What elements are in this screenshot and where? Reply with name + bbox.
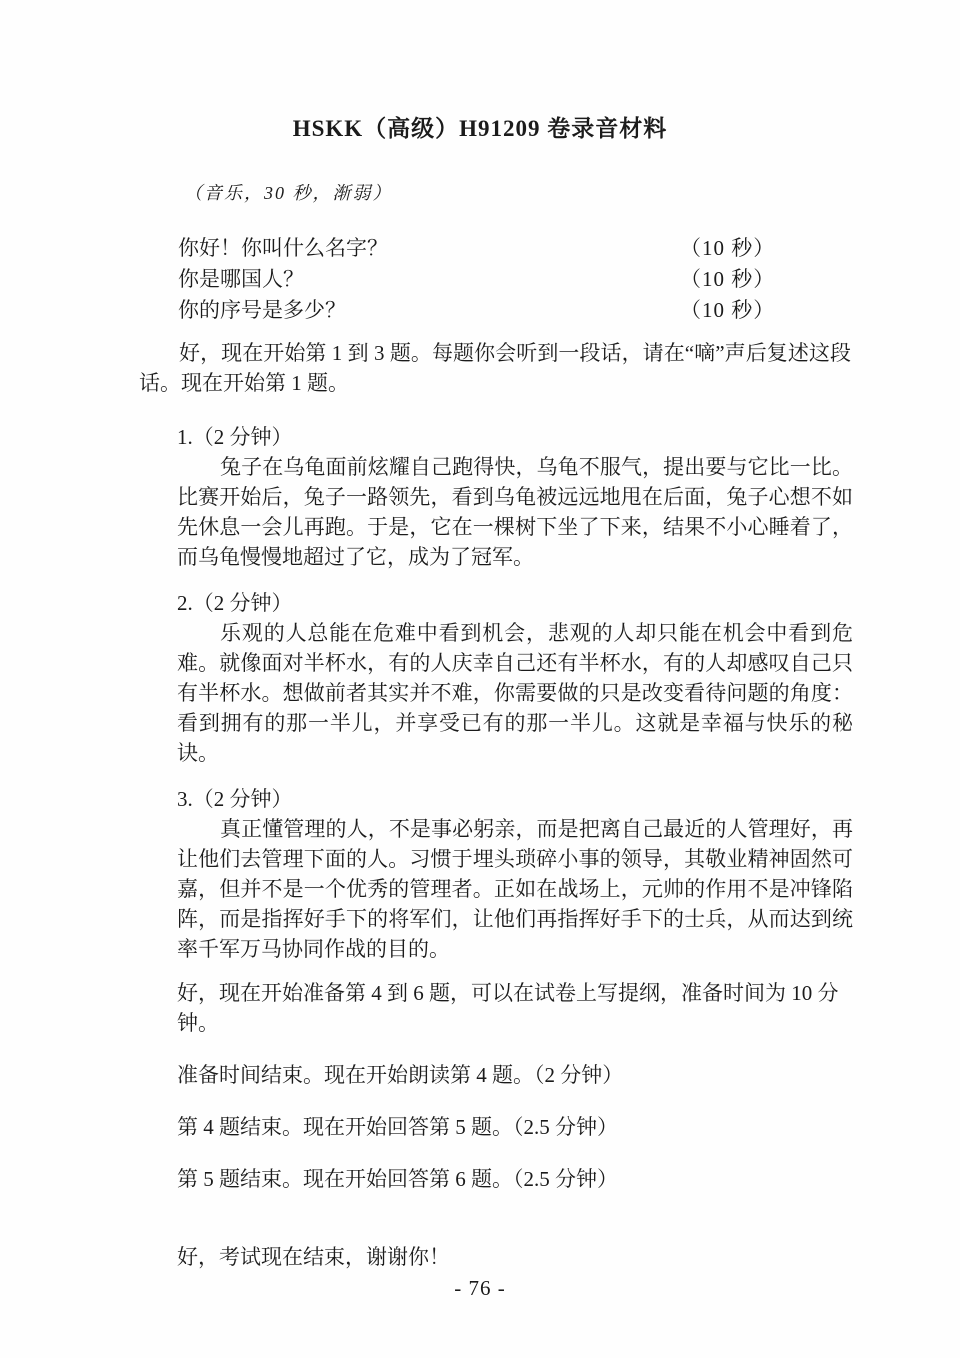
question-row: 你好！你叫什么名字？ （10 秒） — [178, 233, 854, 264]
section-label: 3.（2 分钟） — [177, 784, 853, 814]
section-label: 2.（2 分钟） — [177, 588, 853, 618]
instruction-line: 好，现在开始准备第 4 到 6 题，可以在试卷上写提纲，准备时间为 10 分钟。 — [177, 978, 877, 1038]
question-duration: （10 秒） — [680, 233, 775, 264]
section-1: 1.（2 分钟） 兔子在乌龟面前炫耀自己跑得快，乌龟不服气，提出要与它比一比。比… — [177, 422, 853, 572]
intro-paragraph: 好，现在开始第 1 到 3 题。每题你会听到一段话，请在“嘀”声后复述这段话。现… — [139, 338, 851, 398]
section-text: 真正懂管理的人，不是事必躬亲，而是把离自己最近的人管理好，再让他们去管理下面的人… — [177, 814, 853, 964]
section-text: 兔子在乌龟面前炫耀自己跑得快，乌龟不服气，提出要与它比一比。比赛开始后，兔子一路… — [177, 452, 853, 572]
closing-line: 好，考试现在结束，谢谢你！ — [177, 1242, 960, 1272]
warmup-questions: 你好！你叫什么名字？ （10 秒） 你是哪国人？ （10 秒） 你的序号是多少？… — [178, 233, 854, 326]
question-duration: （10 秒） — [680, 295, 775, 326]
page-title: HSKK（高级）H91209 卷录音材料 — [0, 0, 960, 143]
question-row: 你的序号是多少？ （10 秒） — [178, 295, 854, 326]
question-text: 你的序号是多少？ — [178, 298, 346, 322]
question-duration: （10 秒） — [680, 264, 775, 295]
section-text: 乐观的人总能在危难中看到机会，悲观的人却只能在机会中看到危难。就像面对半杯水，有… — [177, 618, 853, 768]
section-2: 2.（2 分钟） 乐观的人总能在危难中看到机会，悲观的人却只能在机会中看到危难。… — [177, 588, 853, 768]
instruction-line: 第 4 题结束。现在开始回答第 5 题。（2.5 分钟） — [177, 1112, 877, 1142]
instruction-line: 第 5 题结束。现在开始回答第 6 题。（2.5 分钟） — [177, 1164, 877, 1194]
question-text: 你好！你叫什么名字？ — [178, 236, 388, 260]
scanned-exam-page: HSKK（高级）H91209 卷录音材料 （音乐，30 秒，渐弱） 你好！你叫什… — [0, 0, 960, 1358]
question-text: 你是哪国人？ — [178, 267, 304, 291]
section-3: 3.（2 分钟） 真正懂管理的人，不是事必躬亲，而是把离自己最近的人管理好，再让… — [177, 784, 853, 964]
question-row: 你是哪国人？ （10 秒） — [178, 264, 854, 295]
section-label: 1.（2 分钟） — [177, 422, 853, 452]
instruction-line: 准备时间结束。现在开始朗读第 4 题。（2 分钟） — [177, 1060, 877, 1090]
page-number: - 76 - — [0, 1276, 960, 1301]
music-cue-line: （音乐，30 秒，渐弱） — [184, 179, 960, 205]
